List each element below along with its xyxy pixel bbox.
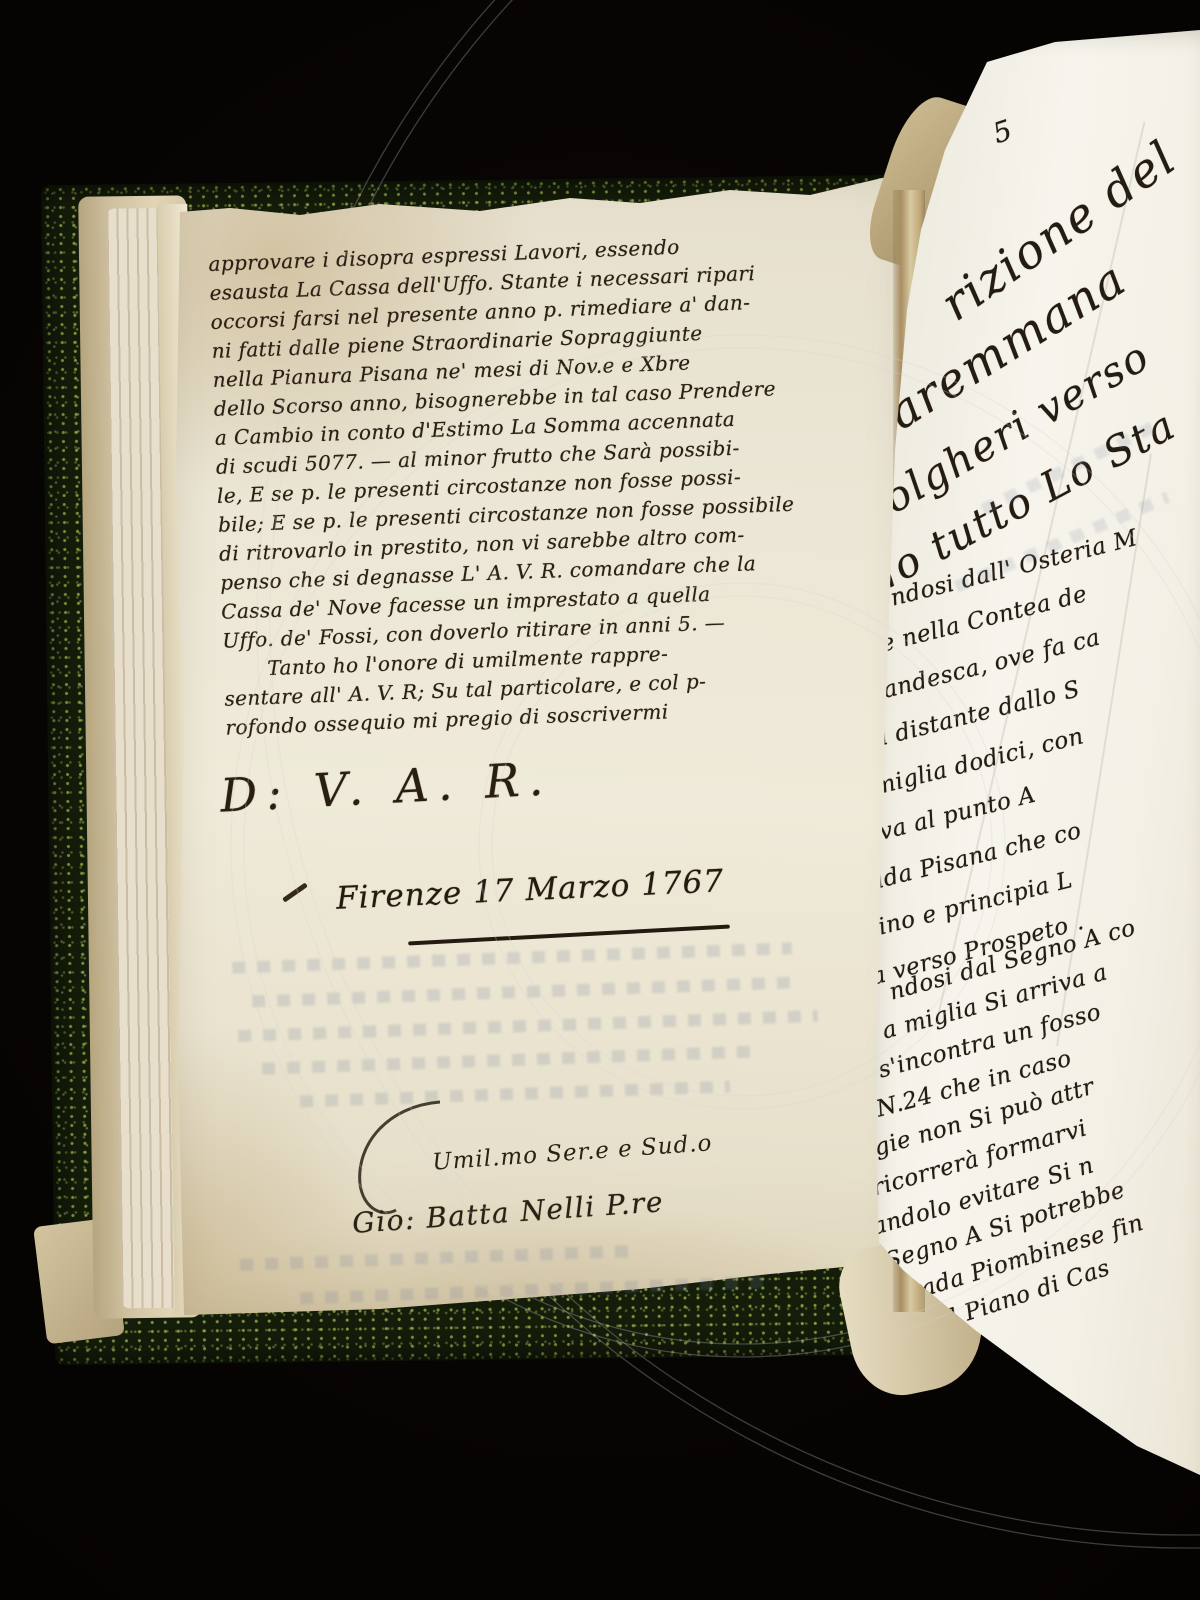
manuscript-photo: approvare i disopra espressi Lavori, ess… [0, 0, 1200, 1600]
left-page-text-block: approvare i disopra espressi Lavori, ess… [208, 224, 932, 743]
page-number: 5 [989, 113, 1016, 150]
